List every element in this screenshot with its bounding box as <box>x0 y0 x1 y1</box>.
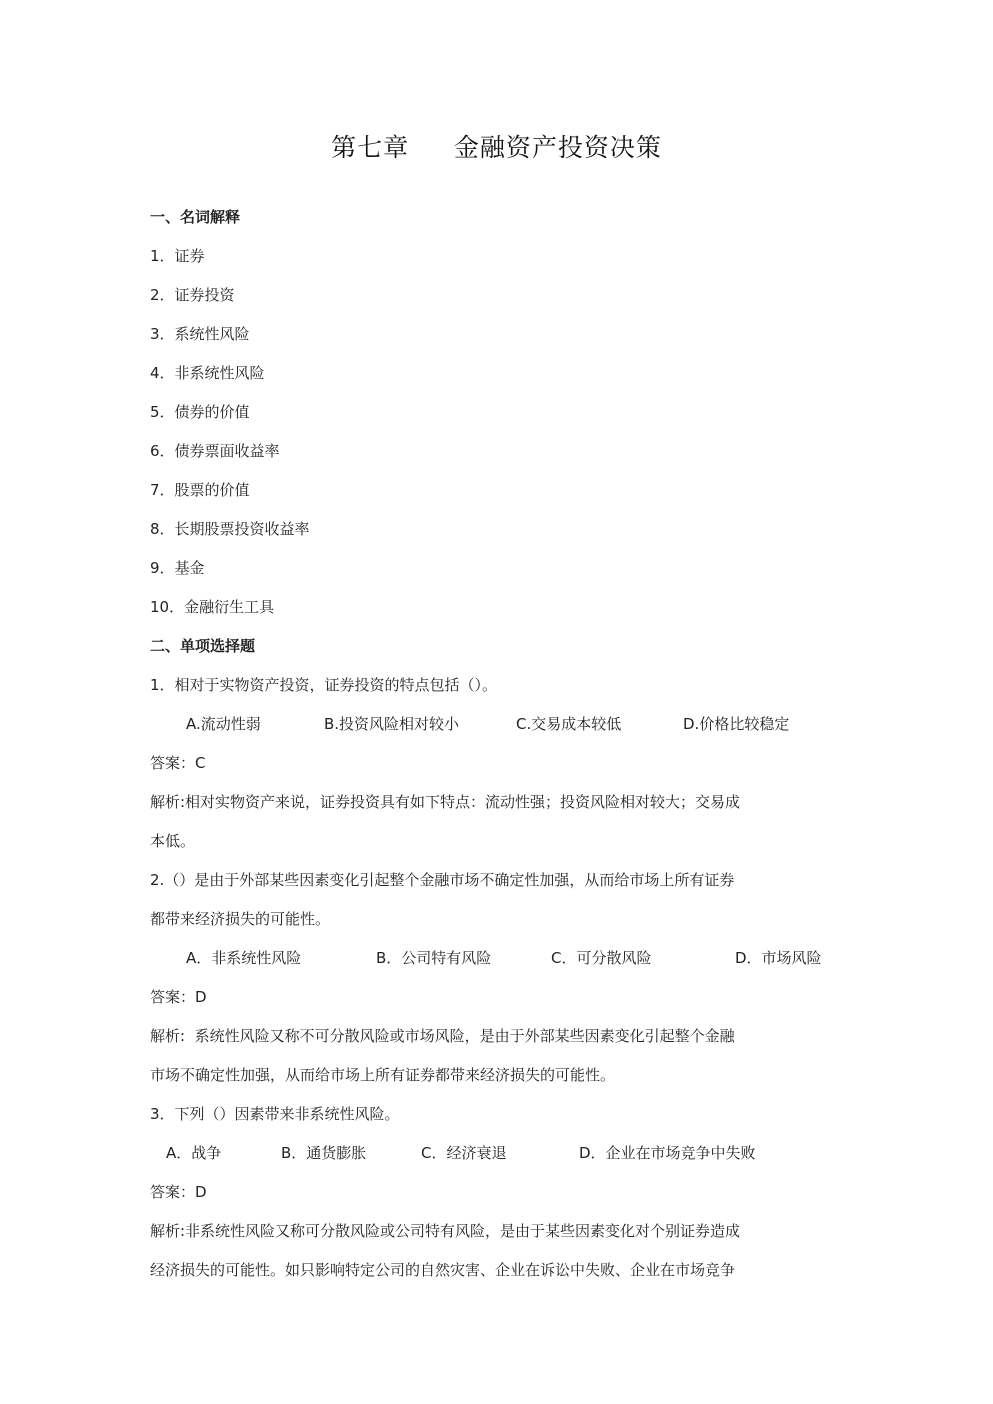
question-stem: 2.（）是由于外部某些因素变化引起整个金融市场不确定性加强，从而给市场上所有证券 <box>150 870 734 890</box>
glossary-item: 5．债券的价值 <box>150 402 250 422</box>
answer: 答案：D <box>150 1182 207 1202</box>
answer: 答案：C <box>150 753 205 773</box>
option-c: C.交易成本较低 <box>516 714 621 734</box>
glossary-item: 7．股票的价值 <box>150 480 250 500</box>
glossary-item: 8．长期股票投资收益率 <box>150 519 310 539</box>
analysis: 解析:相对实物资产来说，证券投资具有如下特点：流动性强；投资风险相对较大；交易成 <box>150 792 740 812</box>
glossary-item: 9．基金 <box>150 558 205 578</box>
option-d: D．企业在市场竞争中失败 <box>579 1143 756 1163</box>
section-heading-glossary: 一、名词解释 <box>150 207 240 227</box>
question-stem: 3．下列（）因素带来非系统性风险。 <box>150 1104 400 1124</box>
analysis: 市场不确定性加强，从而给市场上所有证券都带来经济损失的可能性。 <box>150 1065 615 1085</box>
glossary-item: 10．金融衍生工具 <box>150 597 274 617</box>
question-stem: 1．相对于实物资产投资，证券投资的特点包括（）。 <box>150 675 497 695</box>
chapter-title: 第七章 金融资产投资决策 <box>0 128 993 164</box>
answer: 答案：D <box>150 987 207 1007</box>
option-d: D.价格比较稳定 <box>683 714 789 734</box>
analysis: 经济损失的可能性。如只影响特定公司的自然灾害、企业在诉讼中失败、企业在市场竞争 <box>150 1260 735 1280</box>
option-b: B．通货膨胀 <box>281 1143 366 1163</box>
option-a: A．非系统性风险 <box>186 948 301 968</box>
option-b: B．公司特有风险 <box>376 948 491 968</box>
option-a: A.流动性弱 <box>186 714 261 734</box>
section-heading-single-choice: 二、单项选择题 <box>150 636 255 656</box>
glossary-item: 4．非系统性风险 <box>150 363 265 383</box>
option-d: D．市场风险 <box>735 948 822 968</box>
analysis: 本低。 <box>150 831 195 851</box>
document-page: 第七章 金融资产投资决策 一、名词解释 1．证券 2．证券投资 3．系统性风险 … <box>0 0 993 1404</box>
option-a: A．战争 <box>166 1143 221 1163</box>
option-c: C．可分散风险 <box>551 948 651 968</box>
option-c: C．经济衰退 <box>421 1143 506 1163</box>
glossary-item: 1．证券 <box>150 246 205 266</box>
question-stem: 都带来经济损失的可能性。 <box>150 909 330 929</box>
analysis: 解析:非系统性风险又称可分散风险或公司特有风险，是由于某些因素变化对个别证券造成 <box>150 1221 740 1241</box>
glossary-item: 6．债券票面收益率 <box>150 441 280 461</box>
glossary-item: 3．系统性风险 <box>150 324 250 344</box>
option-b: B.投资风险相对较小 <box>324 714 459 734</box>
analysis: 解析: 系统性风险又称不可分散风险或市场风险，是由于外部某些因素变化引起整个金融 <box>150 1026 735 1046</box>
glossary-item: 2．证券投资 <box>150 285 235 305</box>
